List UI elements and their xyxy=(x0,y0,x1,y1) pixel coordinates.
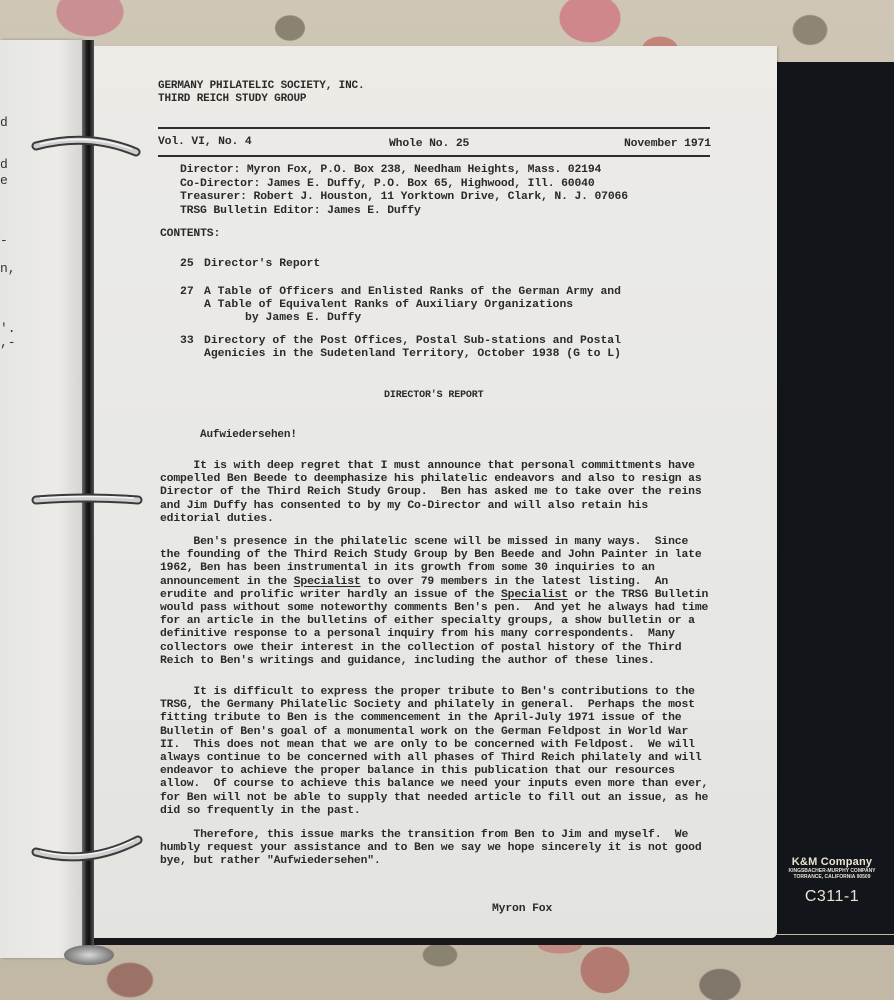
report-greeting: Aufwiedersehen! xyxy=(200,429,297,442)
binder-maker-line-2: TORRANCE, CALIFORNIA 90509 xyxy=(776,874,888,880)
issue-date: November 1971 xyxy=(624,138,711,151)
binder-ring-bottom xyxy=(28,830,148,870)
header-rule-top xyxy=(158,127,710,129)
binder-brand: K&M Company xyxy=(776,856,888,868)
newsletter-page: GERMANY PHILATELIC SOCIETY, INC. THIRD R… xyxy=(94,46,777,938)
left-page-fragment: - xyxy=(0,234,14,248)
report-paragraph: Ben's presence in the philatelic scene w… xyxy=(160,536,708,668)
ring-mechanism-base xyxy=(64,945,114,965)
masthead-line-2: THIRD REICH STUDY GROUP xyxy=(158,93,306,105)
report-title: DIRECTOR'S REPORT xyxy=(384,389,483,402)
contents-title: A Table of Officers and Enlisted Ranks o… xyxy=(204,286,621,326)
contents-page-number: 27 xyxy=(180,286,194,298)
officer-co-director: Co-Director: James E. Duffy, P.O. Box 65… xyxy=(180,178,595,190)
masthead: GERMANY PHILATELIC SOCIETY, INC. THIRD R… xyxy=(158,80,364,105)
left-page-fragment: n, xyxy=(0,262,14,276)
report-paragraph: It is difficult to express the proper tr… xyxy=(160,686,708,818)
binder-label: K&M Company KINGSBACHER-MURPHY COMPANY T… xyxy=(776,856,888,906)
officer-editor: TRSG Bulletin Editor: James E. Duffy xyxy=(180,205,421,217)
binder-model-number: C311-1 xyxy=(776,888,888,906)
left-page-fragment: e xyxy=(0,174,14,188)
volume-number: Vol. VI, No. 4 xyxy=(158,136,252,149)
officer-director: Director: Myron Fox, P.O. Box 238, Needh… xyxy=(180,164,601,176)
report-paragraph: Therefore, this issue marks the transiti… xyxy=(160,829,702,869)
left-page-fragment: d xyxy=(0,158,14,172)
report-paragraph: It is with deep regret that I must annou… xyxy=(160,460,702,526)
contents-title: Directory of the Post Offices, Postal Su… xyxy=(204,335,621,361)
whole-number: Whole No. 25 xyxy=(389,138,469,151)
header-rule-bottom xyxy=(158,155,710,157)
left-page-fragment: '. xyxy=(0,322,14,336)
left-page-fragment: ,- xyxy=(0,336,14,350)
contents-title: Director's Report xyxy=(204,258,320,271)
contents-page-number: 33 xyxy=(180,335,194,347)
contents-heading: CONTENTS: xyxy=(160,228,220,241)
masthead-line-1: GERMANY PHILATELIC SOCIETY, INC. xyxy=(158,80,364,92)
left-page-fragment: d xyxy=(0,116,14,130)
binder-ring-middle xyxy=(28,484,148,518)
binder-ring-top xyxy=(28,128,148,168)
signature: Myron Fox xyxy=(492,903,552,916)
contents-page-number: 25 xyxy=(180,258,194,270)
binder-back-cover xyxy=(770,62,894,934)
officer-treasurer: Treasurer: Robert J. Houston, 11 Yorktow… xyxy=(180,191,628,203)
officers-list: Director: Myron Fox, P.O. Box 238, Needh… xyxy=(180,164,628,218)
